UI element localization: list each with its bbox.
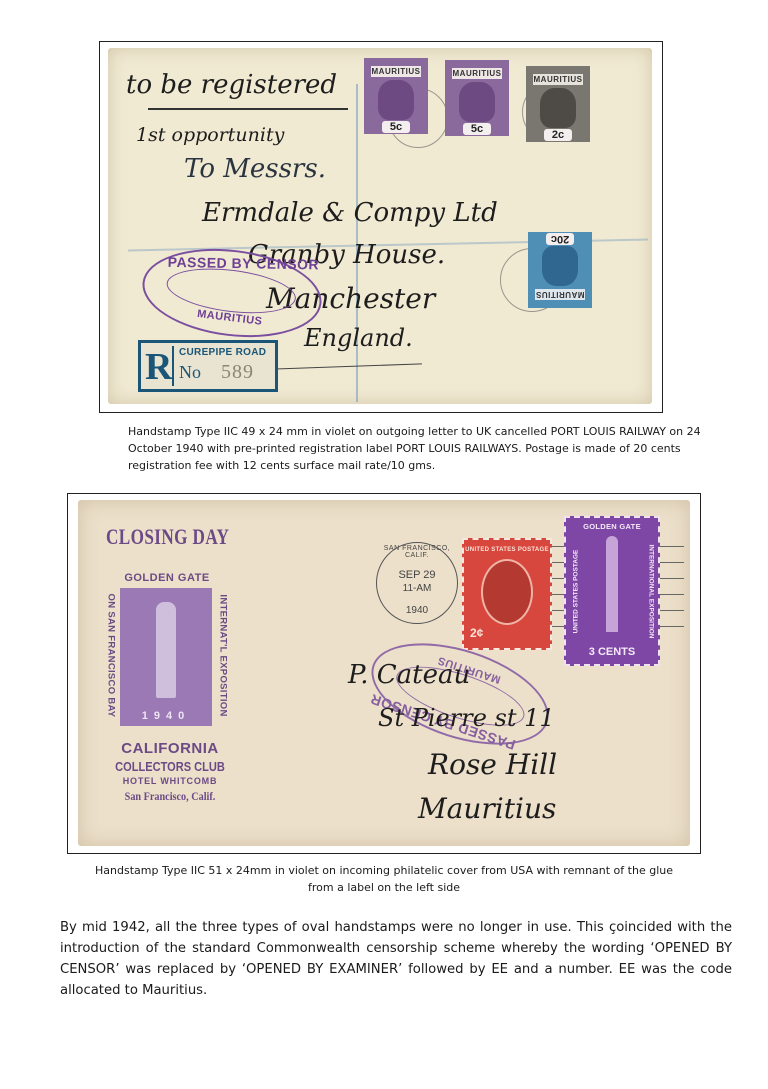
body-paragraph: By mid 1942, all the three types of oval… xyxy=(60,917,732,1001)
handwritten-note: 1st opportunity xyxy=(136,124,284,146)
envelope: to be registered 1st opportunity To Mess… xyxy=(108,48,652,404)
tower-icon xyxy=(606,536,618,632)
handwritten-address-line: Mauritius xyxy=(418,792,556,825)
cover-image-mauritius-outgoing: to be registered 1st opportunity To Mess… xyxy=(99,41,663,413)
handwritten-instruction: to be registered xyxy=(126,70,337,100)
stamp-usa-3c-golden-gate: GOLDEN GATE UNITED STATES POSTAGE INTERN… xyxy=(564,516,660,666)
handwritten-underline xyxy=(148,108,348,110)
handwritten-address-line: Rose Hill xyxy=(428,748,557,781)
stamp-header: GOLDEN GATE xyxy=(566,522,658,531)
caption-cover-1: Handstamp Type IIC 49 x 24 mm in violet … xyxy=(128,423,708,474)
stamp-value: 5c xyxy=(463,123,491,135)
club-line: San Francisco, Calif. xyxy=(111,789,230,804)
censor-handstamp: PASSED BY CENSOR MAURITIUS xyxy=(137,239,326,346)
cachet-left-text: ON SAN FRANCISCO BAY xyxy=(106,581,117,731)
registration-office: CUREPIPE ROAD xyxy=(179,347,266,358)
portrait-icon xyxy=(481,559,533,625)
envelope: CLOSING DAY GOLDEN GATE ON SAN FRANCISCO… xyxy=(78,500,690,846)
club-line: CALIFORNIA xyxy=(100,740,240,757)
postmark-ring-text: SAN FRANCISCO, CALIF. xyxy=(377,545,457,559)
label-divider xyxy=(172,346,174,386)
cachet-golden-gate: GOLDEN GATE ON SAN FRANCISCO BAY INTERNA… xyxy=(104,572,230,732)
stamp-country: MAURITIUS xyxy=(535,289,585,300)
postmark-year: 1940 xyxy=(377,605,457,616)
stamp-side-text: UNITED STATES POSTAGE xyxy=(573,532,580,652)
club-line: COLLECTORS CLUB xyxy=(111,759,230,774)
club-line: HOTEL WHITCOMB xyxy=(100,776,240,786)
statue-illustration: 1940 xyxy=(120,588,212,726)
stamp-value: 20c xyxy=(546,233,574,245)
cachet-right-text: INTERNAT'L EXPOSITION xyxy=(218,581,229,731)
stamp-header: UNITED STATES POSTAGE xyxy=(464,547,550,553)
king-portrait-icon xyxy=(540,88,576,128)
registration-letter: R xyxy=(145,345,172,389)
caption-cover-2: Handstamp Type IIC 51 x 24mm in violet o… xyxy=(84,862,684,896)
stamp-mauritius-5c: MAURITIUS 5c xyxy=(364,58,428,134)
handwritten-address-line: England. xyxy=(304,324,413,352)
handwritten-address-line: P. Cateau xyxy=(348,660,470,690)
statue-icon xyxy=(156,602,176,698)
stamp-country: MAURITIUS xyxy=(533,74,583,85)
king-portrait-icon xyxy=(542,246,578,286)
king-portrait-icon xyxy=(378,80,414,120)
stamp-mauritius-2c: MAURITIUS 2c xyxy=(526,66,590,142)
cachet-club: CALIFORNIA COLLECTORS CLUB HOTEL WHITCOM… xyxy=(100,740,240,804)
registration-label: R CUREPIPE ROAD No 589 xyxy=(138,340,278,392)
stamp-value: 2¢ xyxy=(470,626,483,640)
cachet-top-text: GOLDEN GATE xyxy=(104,572,230,584)
stamp-value: 2c xyxy=(544,129,572,141)
stamp-side-text: INTERNATIONAL EXPOSITION xyxy=(648,532,655,652)
registration-no-label: No xyxy=(179,362,201,383)
stamp-mauritius-20c: MAURITIUS 20c xyxy=(528,232,592,308)
handwritten-addressee-prefix: To Messrs. xyxy=(184,154,326,184)
handwritten-address-line: St Pierre st 11 xyxy=(378,704,555,732)
stamp-value: 5c xyxy=(382,121,410,133)
postmark-date: SEP 29 xyxy=(377,569,457,581)
stamp-country: MAURITIUS xyxy=(371,66,421,77)
cachet-title: CLOSING DAY xyxy=(106,524,229,550)
stamp-mauritius-5c: MAURITIUS 5c xyxy=(445,60,509,136)
cover-image-usa-incoming: CLOSING DAY GOLDEN GATE ON SAN FRANCISCO… xyxy=(67,493,701,854)
stamp-usa-2c: UNITED STATES POSTAGE 2¢ xyxy=(462,538,552,650)
censor-text-top: PASSED BY CENSOR xyxy=(168,254,320,273)
handwritten-underline xyxy=(272,363,422,370)
handwritten-address-line: Ermdale & Compy Ltd xyxy=(202,198,498,228)
registration-number: 589 xyxy=(221,361,254,384)
king-portrait-icon xyxy=(459,82,495,122)
postmark-time: 11-AM xyxy=(377,583,457,594)
circular-datestamp: SAN FRANCISCO, CALIF. SEP 29 11-AM 1940 xyxy=(376,542,458,624)
stamp-value: 3 CENTS xyxy=(566,646,658,658)
stamp-country: MAURITIUS xyxy=(452,68,502,79)
cachet-year: 1940 xyxy=(120,710,212,722)
